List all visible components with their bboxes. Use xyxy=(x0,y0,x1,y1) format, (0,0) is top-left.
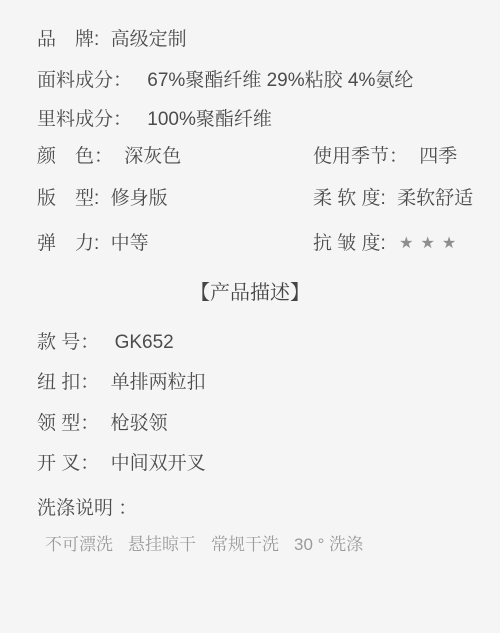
fit-value: 修身版 xyxy=(111,188,168,209)
care-item-dry-clean: 常规干洗 xyxy=(211,535,279,555)
lining-label: 里料成分： xyxy=(37,109,132,130)
elasticity-value: 中等 xyxy=(111,233,149,254)
care-instructions: 不可漂洗 悬挂晾干 常规干洗 30 ° 洗涤 xyxy=(45,535,363,555)
buttons-value: 单排两粒扣 xyxy=(111,372,206,393)
spec-row-buttons: 纽 扣： 单排两粒扣 xyxy=(37,373,206,393)
spec-row-style-no: 款 号： GK652 xyxy=(37,333,174,353)
product-description-heading: 【产品描述】 xyxy=(0,283,500,303)
fabric-label: 面料成分： xyxy=(37,70,132,91)
style-no-label: 款 号： xyxy=(37,332,99,353)
vent-label: 开 叉： xyxy=(37,453,99,474)
vent-value: 中间双开叉 xyxy=(111,453,206,474)
care-item-wash-temp: 30 ° 洗涤 xyxy=(294,535,363,555)
collar-label: 领 型： xyxy=(37,413,99,434)
spec-row-elasticity-wrinkle: 弹 力: 中等 抗 皱 度: ★★★ xyxy=(37,234,477,254)
brand-label: 品 牌: xyxy=(37,29,99,50)
softness-pair: 柔 软 度: 柔软舒适 xyxy=(313,189,473,209)
collar-value: 枪驳领 xyxy=(111,413,168,434)
color-value: 深灰色 xyxy=(124,146,181,167)
elasticity-pair: 弹 力: 中等 xyxy=(37,233,149,254)
elasticity-label: 弹 力: xyxy=(37,233,99,254)
care-item-no-bleach: 不可漂洗 xyxy=(45,535,113,555)
season-pair: 使用季节： 四季 xyxy=(313,147,457,167)
spec-row-brand: 品 牌: 高级定制 xyxy=(37,30,187,50)
style-no-value: GK652 xyxy=(115,332,174,353)
spec-row-lining: 里料成分： 100%聚酯纤维 xyxy=(37,110,272,130)
lining-value: 100%聚酯纤维 xyxy=(147,109,272,130)
buttons-label: 纽 扣： xyxy=(37,372,99,393)
spec-row-fit-softness: 版 型: 修身版 柔 软 度: 柔软舒适 xyxy=(37,189,477,209)
spec-row-fabric: 面料成分： 67%聚酯纤维 29%粘胶 4%氨纶 xyxy=(37,71,413,91)
softness-label: 柔 软 度: xyxy=(313,188,386,209)
wrinkle-pair: 抗 皱 度: ★★★ xyxy=(313,234,463,254)
spec-row-collar: 领 型： 枪驳领 xyxy=(37,414,168,434)
fit-label: 版 型: xyxy=(37,188,99,209)
star-rating-icons: ★★★ xyxy=(399,234,463,254)
spec-row-color-season: 颜 色： 深灰色 使用季节： 四季 xyxy=(37,147,477,167)
care-item-hang-dry: 悬挂晾干 xyxy=(128,535,196,555)
fit-pair: 版 型: 修身版 xyxy=(37,188,168,209)
color-pair: 颜 色： 深灰色 xyxy=(37,146,181,167)
brand-value: 高级定制 xyxy=(111,29,187,50)
care-heading: 洗涤说明 ： xyxy=(37,499,137,519)
product-spec-sheet: 品 牌: 高级定制 面料成分： 67%聚酯纤维 29%粘胶 4%氨纶 里料成分：… xyxy=(0,0,500,633)
season-value: 四季 xyxy=(419,146,457,167)
color-label: 颜 色： xyxy=(37,146,113,167)
softness-value: 柔软舒适 xyxy=(397,188,473,209)
spec-row-vent: 开 叉： 中间双开叉 xyxy=(37,454,206,474)
season-label: 使用季节： xyxy=(313,146,408,167)
fabric-value: 67%聚酯纤维 29%粘胶 4%氨纶 xyxy=(147,70,413,91)
wrinkle-label: 抗 皱 度: xyxy=(313,233,386,254)
